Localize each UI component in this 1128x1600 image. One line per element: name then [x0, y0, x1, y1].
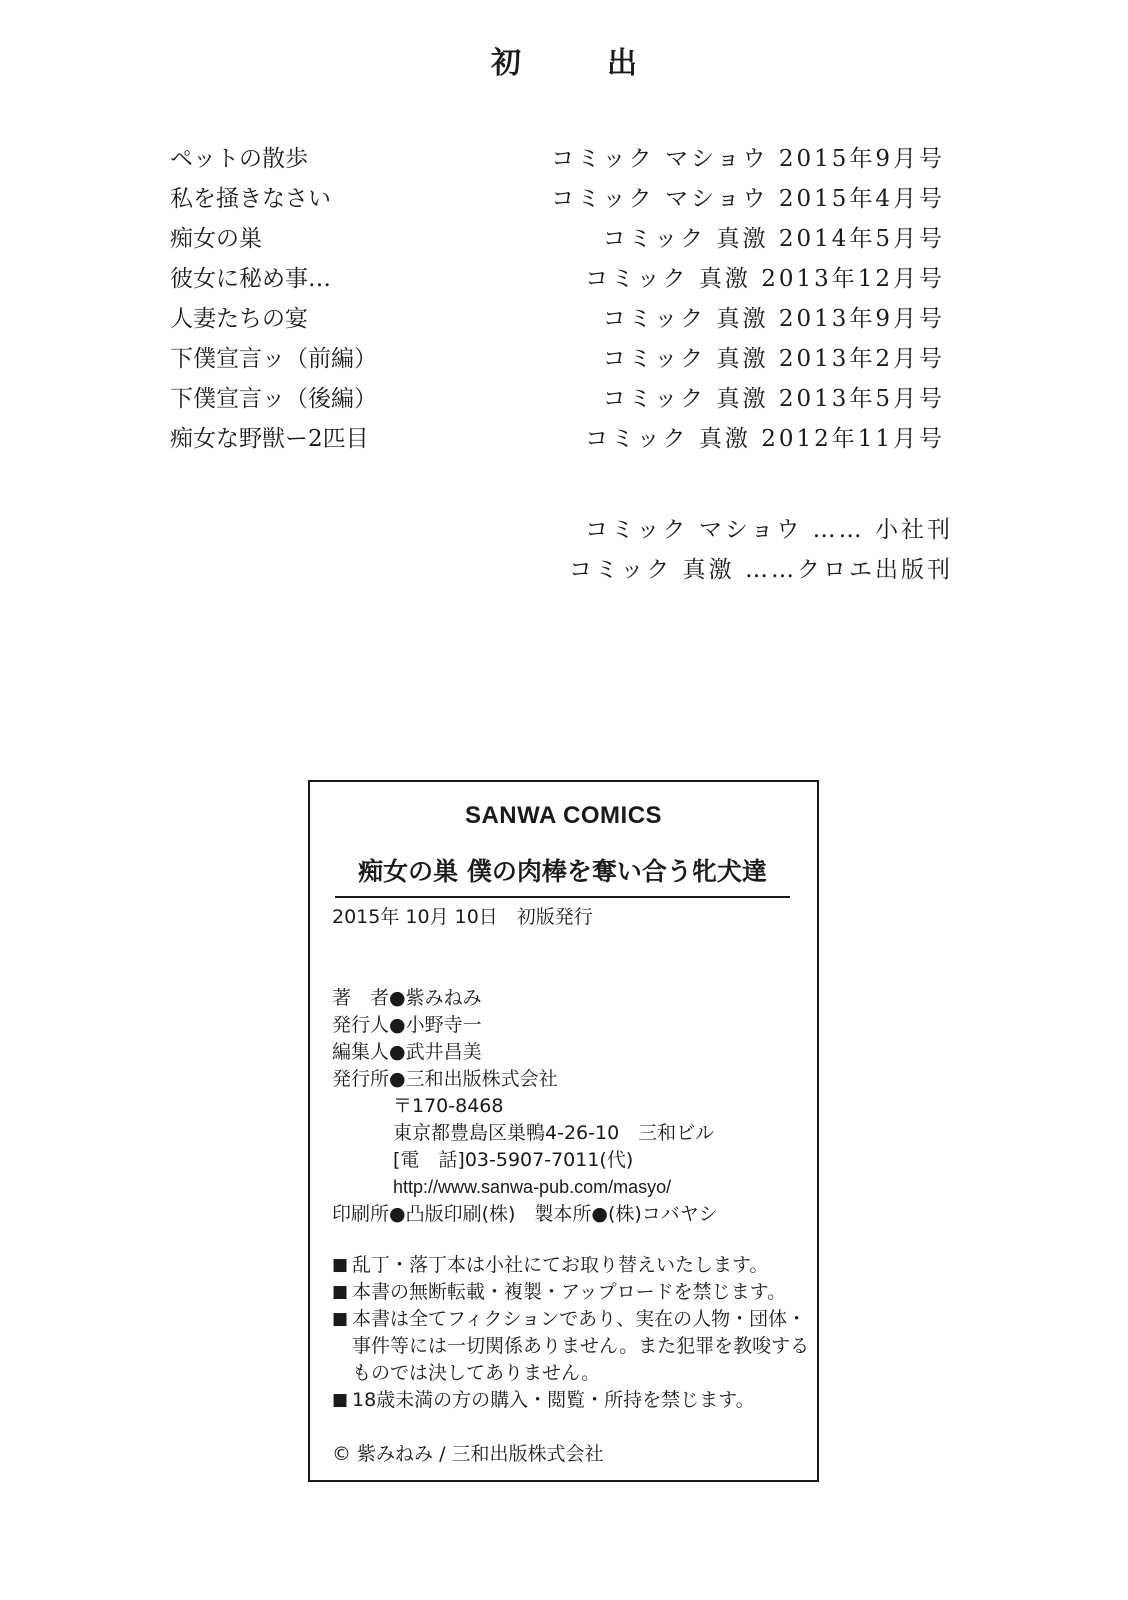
work-source: コミック マショウ 2015年9月号	[551, 140, 945, 173]
series-name: SANWA COMICS	[310, 802, 817, 830]
notice-item: ■ 18歳未満の方の購入・閲覧・所持を禁じます。	[332, 1387, 812, 1414]
publisher-note: コミック 真激 ……クロエ出版刊	[560, 547, 953, 587]
square-bullet-icon: ■	[332, 1306, 352, 1387]
credits: 著 者●紫みねみ 発行人●小野寺一 編集人●武井昌美 発行所●三和出版株式会社 …	[332, 985, 718, 1228]
colophon-box: SANWA COMICS 痴女の巣 僕の肉棒を奪い合う牝犬達 2015年 10月…	[308, 780, 819, 1482]
credit-author: 著 者●紫みねみ	[332, 985, 718, 1012]
work-source: コミック 真激 2013年9月号	[603, 300, 945, 333]
work-title: 彼女に秘め事…	[170, 260, 331, 293]
first-appearance-row: 人妻たちの宴 コミック 真激 2013年9月号	[170, 296, 945, 336]
publisher-note: コミック マショウ …… 小社刊	[560, 507, 953, 547]
work-source: コミック 真激 2014年5月号	[603, 220, 945, 253]
first-appearance-row: 痴女の巣 コミック 真激 2014年5月号	[170, 216, 945, 256]
work-title: ペットの散歩	[170, 140, 308, 173]
first-appearance-row: 私を掻きなさい コミック マショウ 2015年4月号	[170, 176, 945, 216]
website-url: http://www.sanwa-pub.com/masyo/	[332, 1174, 718, 1201]
notice-item: ■ 本書は全てフィクションであり、実在の人物・団体・事件等には一切関係ありません…	[332, 1306, 812, 1387]
credit-publisher: 発行人●小野寺一	[332, 1012, 718, 1039]
postal-code: 〒170-8468	[332, 1093, 718, 1120]
work-title: 私を掻きなさい	[170, 180, 331, 213]
work-source: コミック 真激 2013年2月号	[603, 340, 945, 373]
book-title: 痴女の巣 僕の肉棒を奪い合う牝犬達	[335, 852, 790, 898]
phone-number: [電 話]03-5907-7011(代)	[332, 1147, 718, 1174]
first-appearance-row: 下僕宣言ッ（後編） コミック 真激 2013年5月号	[170, 376, 945, 416]
notice-item: ■ 乱丁・落丁本は小社にてお取り替えいたします。	[332, 1252, 812, 1279]
printing-binding: 印刷所●凸版印刷(株) 製本所●(株)コバヤシ	[332, 1201, 718, 1228]
credit-editor: 編集人●武井昌美	[332, 1039, 718, 1066]
publisher-notes: コミック マショウ …… 小社刊 コミック 真激 ……クロエ出版刊	[560, 507, 953, 587]
work-title: 下僕宣言ッ（後編）	[170, 380, 377, 413]
work-source: コミック 真激 2013年5月号	[603, 380, 945, 413]
work-source: コミック 真激 2012年11月号	[585, 420, 945, 453]
copyright: © 紫みねみ / 三和出版株式会社	[332, 1439, 604, 1466]
credit-publishing-house: 発行所●三和出版株式会社	[332, 1066, 718, 1093]
edition-date: 2015年 10月 10日 初版発行	[332, 902, 593, 929]
notices: ■ 乱丁・落丁本は小社にてお取り替えいたします。 ■ 本書の無断転載・複製・アッ…	[332, 1252, 812, 1414]
work-title: 人妻たちの宴	[170, 300, 308, 333]
first-appearance-row: ペットの散歩 コミック マショウ 2015年9月号	[170, 136, 945, 176]
work-title: 痴女の巣	[170, 220, 262, 253]
work-source: コミック 真激 2013年12月号	[585, 260, 945, 293]
square-bullet-icon: ■	[332, 1252, 352, 1279]
first-appearance-row: 彼女に秘め事… コミック 真激 2013年12月号	[170, 256, 945, 296]
work-title: 痴女な野獣ー2匹目	[170, 420, 369, 453]
notice-item: ■ 本書の無断転載・複製・アップロードを禁じます。	[332, 1279, 812, 1306]
work-title: 下僕宣言ッ（前編）	[170, 340, 377, 373]
first-appearance-list: ペットの散歩 コミック マショウ 2015年9月号 私を掻きなさい コミック マ…	[170, 136, 945, 456]
square-bullet-icon: ■	[332, 1279, 352, 1306]
work-source: コミック マショウ 2015年4月号	[551, 180, 945, 213]
first-appearance-row: 痴女な野獣ー2匹目 コミック 真激 2012年11月号	[170, 416, 945, 456]
page-title: 初 出	[0, 38, 1128, 82]
first-appearance-row: 下僕宣言ッ（前編） コミック 真激 2013年2月号	[170, 336, 945, 376]
square-bullet-icon: ■	[332, 1387, 352, 1414]
street-address: 東京都豊島区巣鴨4-26-10 三和ビル	[332, 1120, 718, 1147]
